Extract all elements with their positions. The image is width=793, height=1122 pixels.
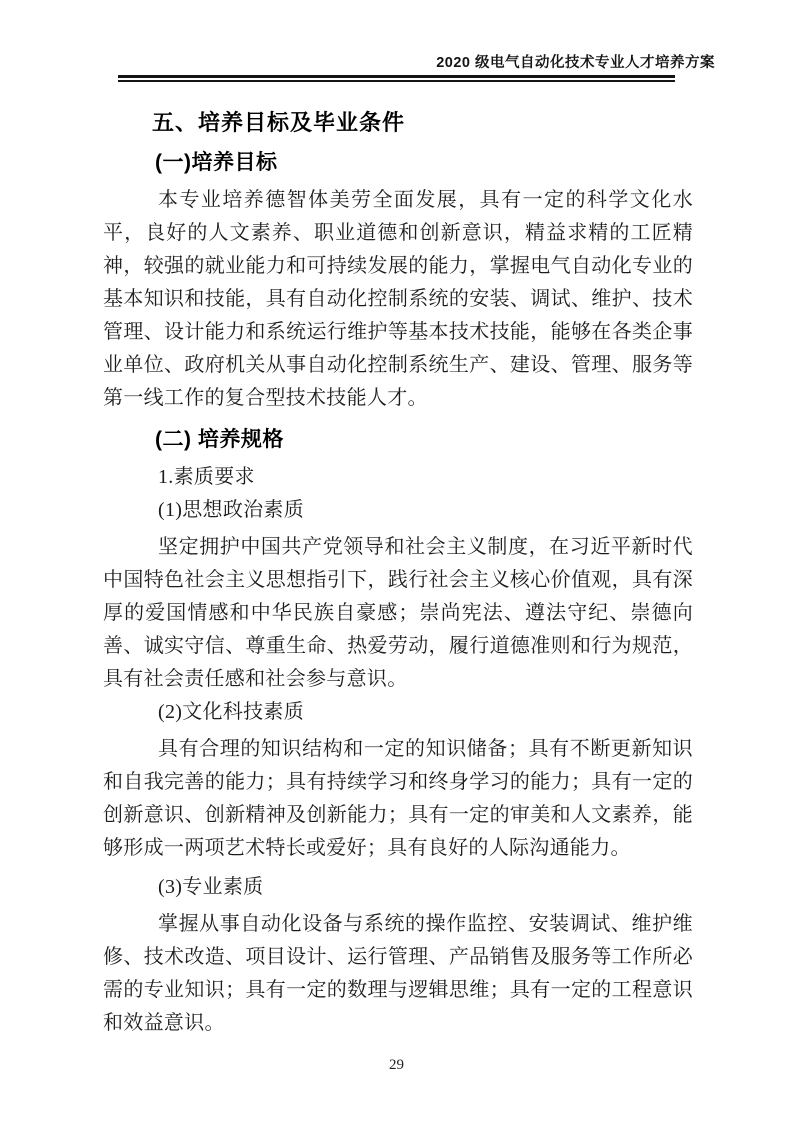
culture-science-paragraph: 具有合理的知识结构和一定的知识储备；具有不断更新知识和自我完善的能力；具有持续学… [103,733,693,865]
ideological-political-paragraph: 坚定拥护中国共产党领导和社会主义制度，在习近平新时代中国特色社会主义思想指引下，… [103,531,693,696]
section-title: 五、培养目标及毕业条件 [152,108,693,138]
document-body: 五、培养目标及毕业条件 (一)培养目标 本专业培养德智体美劳全面发展，具有一定的… [103,98,693,1040]
page-number: 29 [0,1057,793,1074]
subsection-2-heading: (二) 培养规格 [155,425,693,455]
document-page: 2020 级电气自动化技术专业人才培养方案 五、培养目标及毕业条件 (一)培养目… [0,0,793,1122]
header-title: 2020 级电气自动化技术专业人才培养方案 [436,51,715,72]
item-3-label: (3)专业素质 [103,871,693,904]
header-rule [118,75,675,82]
item-2-label: (2)文化科技素质 [103,696,693,729]
professional-quality-paragraph: 掌握从事自动化设备与系统的操作监控、安装调试、维护维修、技术改造、项目设计、运行… [103,908,693,1040]
subsection-1-heading: (一)培养目标 [155,148,693,178]
item-1-label: (1)思想政治素质 [103,494,693,527]
quality-requirements-label: 1.素质要求 [103,461,693,494]
training-objective-paragraph: 本专业培养德智体美劳全面发展，具有一定的科学文化水平，良好的人文素养、职业道德和… [103,184,693,415]
